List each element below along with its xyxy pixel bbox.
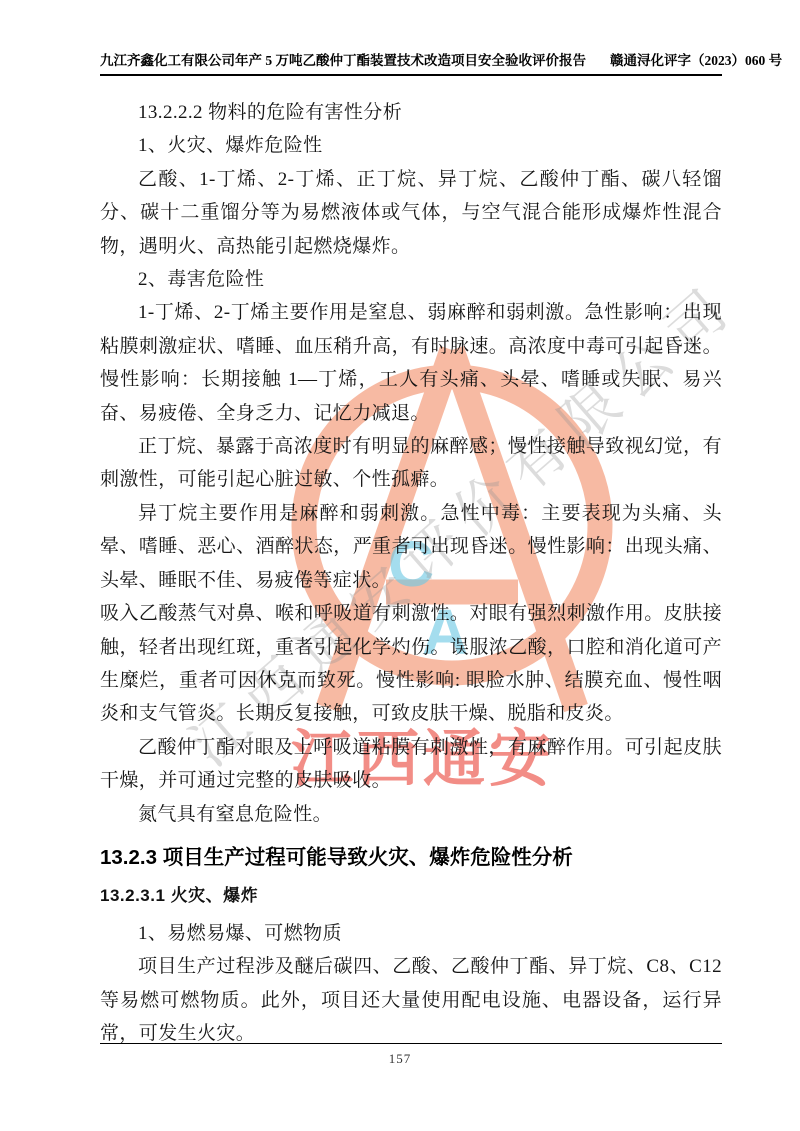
paragraph-process-materials: 项目生产过程涉及醚后碳四、乙酸、乙酸仲丁酯、异丁烷、C8、C12 等易燃可燃物质… (100, 950, 722, 1050)
section-heading-13231: 13.2.3.1 火灾、爆炸 (100, 883, 722, 909)
section-heading-13222: 13.2.2.2 物料的危险有害性分析 (100, 96, 722, 129)
paragraph-acetic-acid: 吸入乙酸蒸气对鼻、喉和呼吸道有刺激性。对眼有强烈刺激作用。皮肤接触，轻者出现红斑… (100, 597, 722, 731)
paragraph-n-butane: 正丁烷、暴露于高浓度时有明显的麻醉感；慢性接触导致视幻觉，有刺激性，可能引起心脏… (100, 430, 722, 497)
document-page: C A 江西通安评价有限公司 江西通安 九江齐鑫化工有限公司年产 5 万吨乙酸仲… (0, 0, 800, 1131)
footer-divider (100, 1043, 722, 1044)
header-report-title: 九江齐鑫化工有限公司年产 5 万吨乙酸仲丁酯装置技术改造项目安全验收评价报告 (100, 49, 586, 69)
header-doc-number: 赣通浔化评字（2023）060 号 (610, 49, 782, 69)
section-heading-1323: 13.2.3 项目生产过程可能导致火灾、爆炸危险性分析 (100, 843, 722, 873)
list-item-toxic-risk: 2、毒害危险性 (100, 263, 722, 296)
paragraph-nitrogen: 氮气具有窒息危险性。 (100, 798, 722, 831)
paragraph-isobutane: 异丁烷主要作用是麻醉和弱刺激。急性中毒：主要表现为头痛、头晕、嗜睡、恶心、酒醉状… (100, 497, 722, 597)
list-item-fire-risk: 1、火灾、爆炸危险性 (100, 129, 722, 162)
paragraph-butene: 1-丁烯、2-丁烯主要作用是窒息、弱麻醉和弱刺激。急性影响：出现粘膜刺激症状、嗜… (100, 296, 722, 430)
list-item-combustibles: 1、易燃易爆、可燃物质 (100, 917, 722, 950)
paragraph-flammables: 乙酸、1-丁烯、2-丁烯、正丁烷、异丁烷、乙酸仲丁酯、碳八轻馏分、碳十二重馏分等… (100, 163, 722, 263)
paragraph-sec-butyl-acetate: 乙酸仲丁酯对眼及上呼吸道粘膜有刺激性，有麻醉作用。可引起皮肤干燥，并可通过完整的… (100, 731, 722, 798)
page-number: 157 (0, 1051, 800, 1067)
page-header: 九江齐鑫化工有限公司年产 5 万吨乙酸仲丁酯装置技术改造项目安全验收评价报告 赣… (100, 49, 722, 76)
document-body: 13.2.2.2 物料的危险有害性分析 1、火灾、爆炸危险性 乙酸、1-丁烯、2… (100, 96, 722, 1051)
